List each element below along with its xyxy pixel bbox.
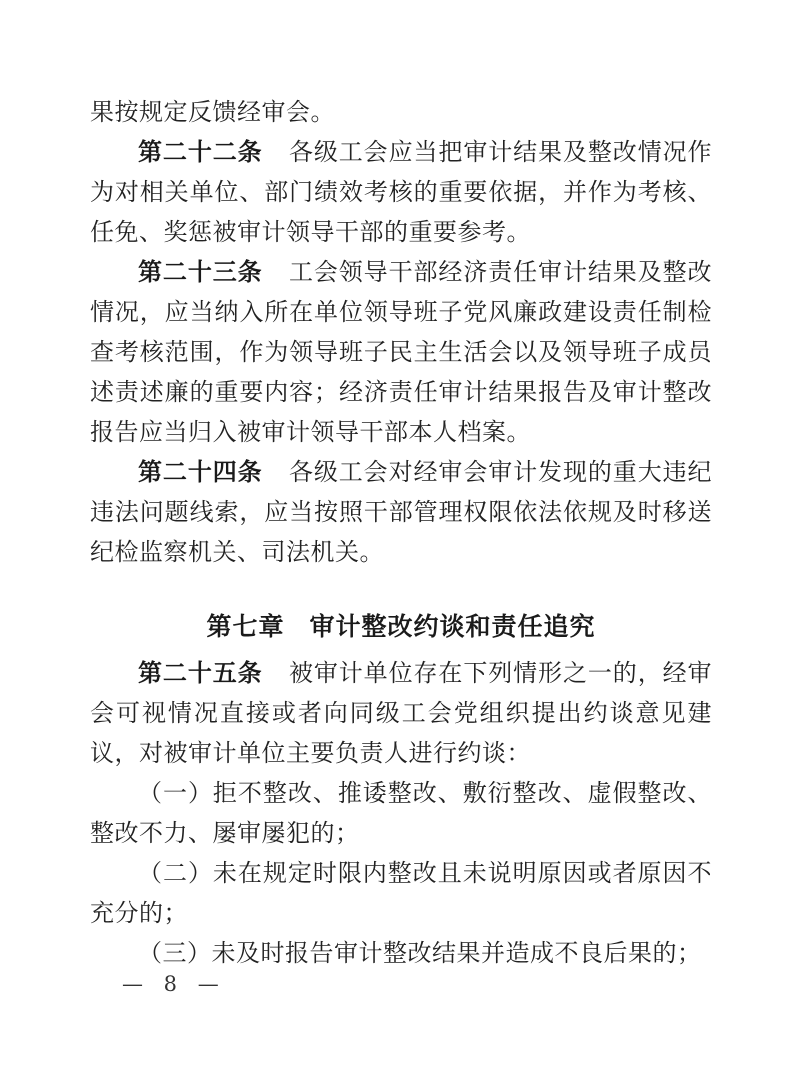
document-body: 果按规定反馈经审会。第二十二条各级工会应当把审计结果及整改情况作为对相关单位、部…	[90, 92, 712, 973]
article-number: 第二十三条	[138, 258, 263, 286]
paragraph: 第二十五条被审计单位存在下列情形之一的，经审会可视情况直接或者向同级工会党组织提…	[90, 653, 712, 773]
list-item: （三）未及时报告审计整改结果并造成不良后果的；	[90, 933, 712, 973]
chapter-title: 审计整改约谈和责任追究	[310, 612, 596, 641]
article-number: 第二十四条	[138, 458, 263, 486]
page-number: — 8 —	[122, 972, 226, 996]
list-item-text: （二）未在规定时限内整改且未说明原因或者原因不充分的；	[90, 859, 712, 927]
paragraph-text: 工会领导干部经济责任审计结果及整改情况，应当纳入所在单位领导班子党风廉政建设责任…	[90, 258, 712, 446]
list-item: （二）未在规定时限内整改且未说明原因或者原因不充分的；	[90, 853, 712, 933]
paragraph: 第二十四条各级工会对经审会审计发现的重大违纪违法问题线索，应当按照干部管理权限依…	[90, 452, 712, 572]
paragraph-text: 果按规定反馈经审会。	[90, 98, 335, 126]
list-item-text: （三）未及时报告审计整改结果并造成不良后果的；	[138, 939, 702, 967]
article-number: 第二十二条	[138, 138, 263, 166]
list-item-text: （一）拒不整改、推诿整改、敷衍整改、虚假整改、整改不力、屡审屡犯的；	[90, 779, 712, 847]
paragraph: 果按规定反馈经审会。	[90, 92, 712, 132]
paragraph: 第二十二条各级工会应当把审计结果及整改情况作为对相关单位、部门绩效考核的重要依据…	[90, 132, 712, 252]
document-page: 果按规定反馈经审会。第二十二条各级工会应当把审计结果及整改情况作为对相关单位、部…	[0, 0, 800, 1092]
list-item: （一）拒不整改、推诿整改、敷衍整改、虚假整改、整改不力、屡审屡犯的；	[90, 773, 712, 853]
paragraph: 第二十三条工会领导干部经济责任审计结果及整改情况，应当纳入所在单位领导班子党风廉…	[90, 252, 712, 452]
chapter-number: 第七章	[206, 612, 284, 641]
chapter-heading: 第七章审计整改约谈和责任追究	[90, 607, 712, 647]
article-number: 第二十五条	[138, 659, 263, 687]
